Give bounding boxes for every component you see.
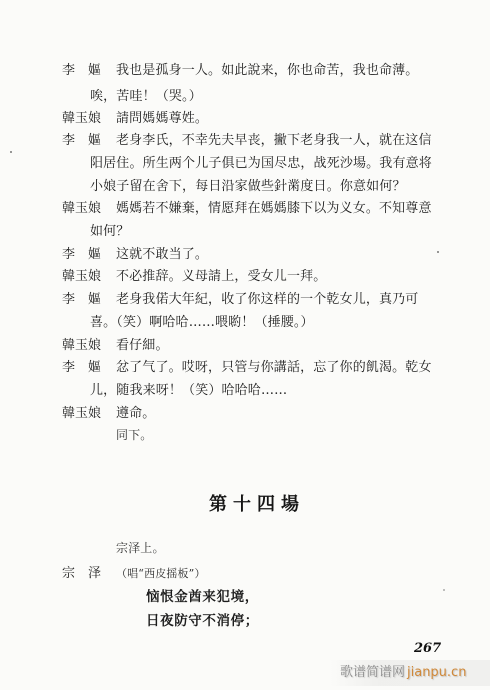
watermark-site-name: 歌谱简谱网	[340, 660, 405, 686]
watermark-domain: jianpu.cn	[407, 660, 466, 686]
scan-speck	[437, 251, 439, 253]
singing-direction: （唱“西皮摇板”）	[116, 562, 206, 585]
speech-text: 阳居住。所生两个儿子俱已为国尽忠，战死沙場。我有意将	[90, 152, 432, 175]
speaker-name: 韓玉娘	[62, 265, 116, 288]
speaker-name: 李 嫗	[62, 243, 116, 266]
speaker-name: 李 嫗	[62, 129, 116, 152]
speaker-name: 宗 泽	[62, 562, 116, 585]
speech-text: 媽媽若不嫌棄，情愿拜在媽媽膝下以为义女。不知尊意	[116, 197, 432, 220]
book-page: 李 嫗 我也是孤身一人。如此說来，你也命苦，我也命薄。 唉，苦哇！（哭。） 韓玉…	[0, 0, 490, 690]
speech-text: 我也是孤身一人。如此說来，你也命苦，我也命薄。	[116, 59, 418, 82]
scene-heading: 第十四場	[0, 493, 490, 517]
speech-text: 老身我偌大年紀，收了你这样的一个乾女儿，真乃可	[116, 288, 418, 311]
speech-text: 唉，苦哇！（哭。）	[90, 85, 202, 108]
speaker-name: 韓玉娘	[62, 402, 116, 425]
watermark: 歌谱简谱网 jianpu.cn	[330, 660, 490, 686]
speaker-name: 韓玉娘	[62, 334, 116, 357]
lyric-text: 恼恨金酋来犯境，	[146, 586, 259, 609]
speech-text: 这就不敢当了。	[116, 243, 208, 266]
speech-text: 忿了气了。哎呀，只管与你講話，忘了你的飢渴。乾女	[116, 356, 432, 379]
stage-direction-entrance: 宗泽上。	[116, 537, 165, 560]
speech-text: 請問媽媽尊姓。	[116, 107, 208, 130]
speaker-name: 李 嫗	[62, 59, 116, 82]
speech-text: 老身李氏，不幸先夫早丧，撇下老身我一人，就在这信	[116, 129, 432, 152]
speaker-name: 韓玉娘	[62, 197, 116, 220]
scan-speck	[443, 589, 445, 591]
speaker-name: 韓玉娘	[62, 107, 116, 130]
speaker-name: 李 嫗	[62, 356, 116, 379]
speech-text: 儿，随我来呀！（笑）哈哈哈……	[90, 379, 287, 402]
lyric-text: 日夜防守不消停；	[146, 610, 259, 633]
speech-text: 遵命。	[116, 402, 155, 425]
speech-text: 看仔細。	[116, 334, 169, 357]
speaker-name: 李 嫗	[62, 288, 116, 311]
speech-text: 不必推辞。义母請上，受女儿一拜。	[116, 265, 326, 288]
scan-speck	[10, 151, 12, 153]
speech-text: 如何？	[90, 220, 129, 243]
page-number: 267	[414, 641, 441, 657]
speech-text: 小娘子留在舍下，每日沿家做些針黹度日。你意如何？	[90, 175, 406, 198]
speech-text: 喜。（笑）啊哈哈……喂喲！（捶腰。）	[90, 311, 314, 334]
stage-direction-exit: 同下。	[116, 424, 152, 447]
